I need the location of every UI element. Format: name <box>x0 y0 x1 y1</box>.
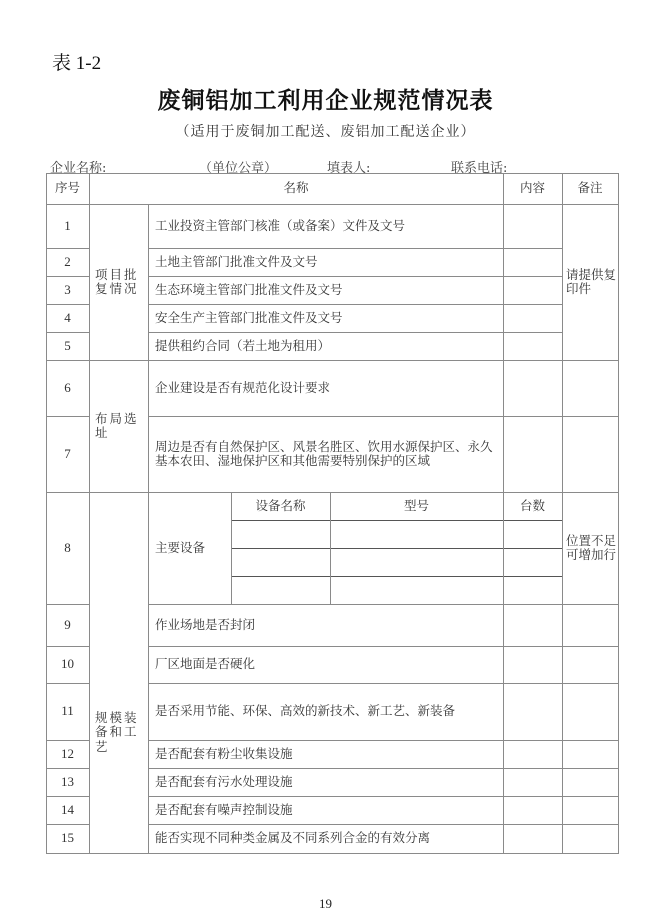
row-item: 提供租约合同（若土地为租用） <box>148 332 503 360</box>
row-number: 5 <box>46 332 89 360</box>
equipment-quantity-input[interactable] <box>503 548 562 576</box>
row-number: 11 <box>46 683 89 740</box>
row-content-input[interactable] <box>503 416 562 492</box>
row-content-input[interactable] <box>503 646 562 683</box>
row-content-input[interactable] <box>503 332 562 360</box>
group-label-layout-siting: 布局选址 <box>89 360 148 492</box>
group-label-scale-equipment: 规模装备和工艺 <box>89 492 148 853</box>
row-content-input[interactable] <box>503 304 562 332</box>
row-content-input[interactable] <box>503 204 562 248</box>
row-content-input[interactable] <box>503 683 562 740</box>
row-item: 企业建设是否有规范化设计要求 <box>148 360 503 416</box>
row-item: 工业投资主管部门核准（或备案）文件及文号 <box>148 204 503 248</box>
row-number: 3 <box>46 276 89 304</box>
row-item: 作业场地是否封闭 <box>148 604 503 646</box>
row-item: 是否配套有污水处理设施 <box>148 768 503 796</box>
remark-add-rows: 位置不足可增加行 <box>562 492 618 604</box>
equipment-header-quantity: 台数 <box>503 492 562 520</box>
group-label-project-approval: 项目批复情况 <box>89 204 148 360</box>
row-number: 9 <box>46 604 89 646</box>
row-number: 12 <box>46 740 89 768</box>
row-content-input[interactable] <box>503 824 562 853</box>
row-number: 15 <box>46 824 89 853</box>
column-header-no: 序号 <box>46 173 89 204</box>
column-header-content: 内容 <box>503 173 562 204</box>
row-item: 是否配套有粉尘收集设施 <box>148 740 503 768</box>
equipment-quantity-input[interactable] <box>503 520 562 548</box>
column-header-remark: 备注 <box>562 173 618 204</box>
row-content-input[interactable] <box>503 740 562 768</box>
row-number: 7 <box>46 416 89 492</box>
row-item: 是否配套有噪声控制设施 <box>148 796 503 824</box>
row-item: 能否实现不同种类金属及不同系列合金的有效分离 <box>148 824 503 853</box>
row-item: 生态环境主管部门批准文件及文号 <box>148 276 503 304</box>
row-number: 10 <box>46 646 89 683</box>
row-number: 8 <box>46 492 89 604</box>
equipment-header-name: 设备名称 <box>231 492 330 520</box>
row-number: 13 <box>46 768 89 796</box>
table-border-right <box>618 173 619 854</box>
table-border-bottom <box>46 853 619 854</box>
column-header-name: 名称 <box>89 173 503 204</box>
equipment-header-model: 型号 <box>330 492 503 520</box>
row-content-input[interactable] <box>503 360 562 416</box>
row-content-input[interactable] <box>503 796 562 824</box>
row-item: 周边是否有自然保护区、风景名胜区、饮用水源保护区、永久基本农田、湿地保护区和其他… <box>148 416 503 492</box>
equipment-model-input[interactable] <box>330 520 503 548</box>
row-item: 是否采用节能、环保、高效的新技术、新工艺、新装备 <box>148 683 503 740</box>
row-number: 2 <box>46 248 89 276</box>
equipment-name-input[interactable] <box>231 520 330 548</box>
row-number: 1 <box>46 204 89 248</box>
row-content-input[interactable] <box>503 768 562 796</box>
row-number: 6 <box>46 360 89 416</box>
row-item: 厂区地面是否硬化 <box>148 646 503 683</box>
equipment-name-input[interactable] <box>231 576 330 604</box>
page-number: 19 <box>0 896 651 912</box>
row-content-input[interactable] <box>503 248 562 276</box>
row-item: 安全生产主管部门批准文件及文号 <box>148 304 503 332</box>
row-content-input[interactable] <box>503 276 562 304</box>
row-item: 土地主管部门批准文件及文号 <box>148 248 503 276</box>
equipment-model-input[interactable] <box>330 548 503 576</box>
equipment-model-input[interactable] <box>330 576 503 604</box>
row-number: 14 <box>46 796 89 824</box>
specification-table: 序号 名称 内容 备注 项目批复情况 布局选址 规模装备和工艺 请提供复印件 1… <box>0 0 651 919</box>
row-item-main-equipment: 主要设备 <box>148 492 231 604</box>
equipment-quantity-input[interactable] <box>503 576 562 604</box>
row-number: 4 <box>46 304 89 332</box>
remark-provide-copies: 请提供复印件 <box>562 204 618 360</box>
row-content-input[interactable] <box>503 604 562 646</box>
equipment-name-input[interactable] <box>231 548 330 576</box>
